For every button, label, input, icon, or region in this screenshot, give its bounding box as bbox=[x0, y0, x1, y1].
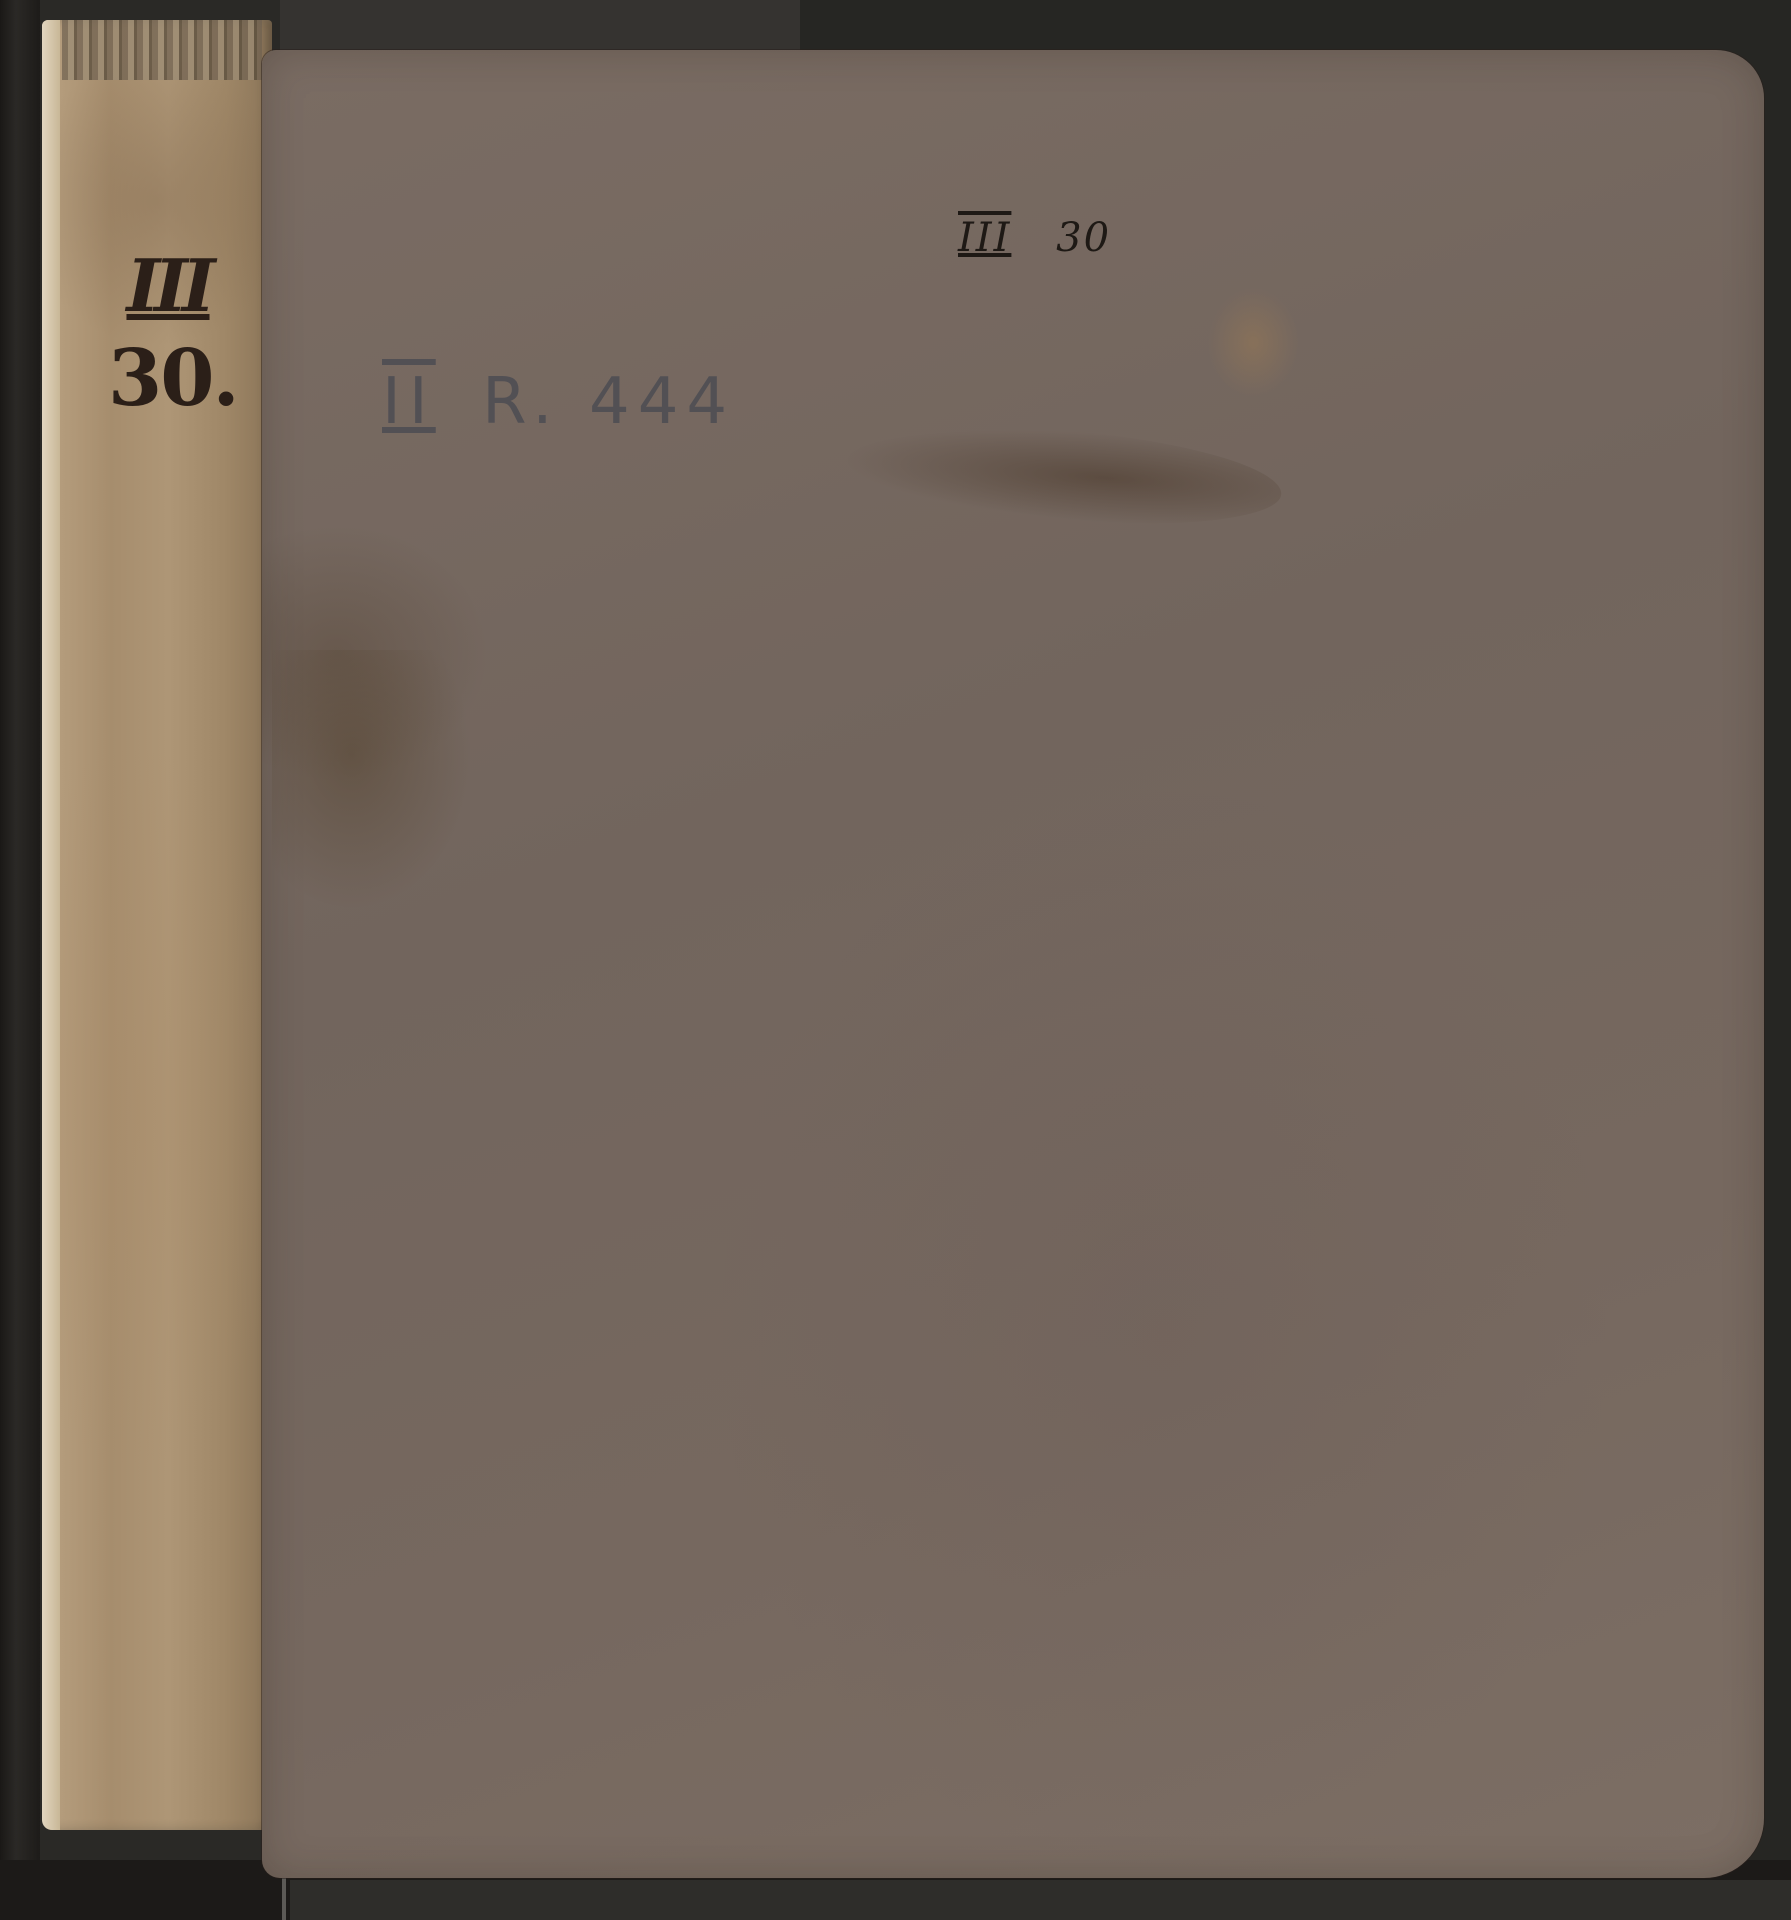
book-photo-scene: III 30. III 30 II R. 444 bbox=[0, 0, 1791, 1920]
ink-annotation-number: 30 bbox=[1056, 215, 1111, 261]
ink-annotation: III 30 bbox=[958, 215, 1111, 261]
spine-label: III 30. bbox=[108, 250, 228, 422]
spine-number-label: 30. bbox=[108, 336, 228, 422]
ink-annotation-roman: III bbox=[958, 215, 1011, 261]
book-spine: III 30. bbox=[42, 20, 272, 1830]
spine-volume-label: III bbox=[108, 250, 228, 322]
pencil-shelfmark-rest: R. 444 bbox=[482, 365, 735, 439]
pencil-shelfmark-roman: II bbox=[382, 365, 436, 439]
spine-frayed-top bbox=[62, 20, 262, 80]
book-cover: III 30 II R. 444 bbox=[262, 50, 1764, 1878]
edge-stain bbox=[272, 650, 472, 910]
background-bottom-right-panel bbox=[290, 1880, 1791, 1920]
pencil-shelfmark: II R. 444 bbox=[382, 365, 735, 439]
water-stain bbox=[839, 415, 1284, 535]
spine-page-edge bbox=[42, 20, 60, 1830]
background-left-panel bbox=[0, 0, 40, 1920]
